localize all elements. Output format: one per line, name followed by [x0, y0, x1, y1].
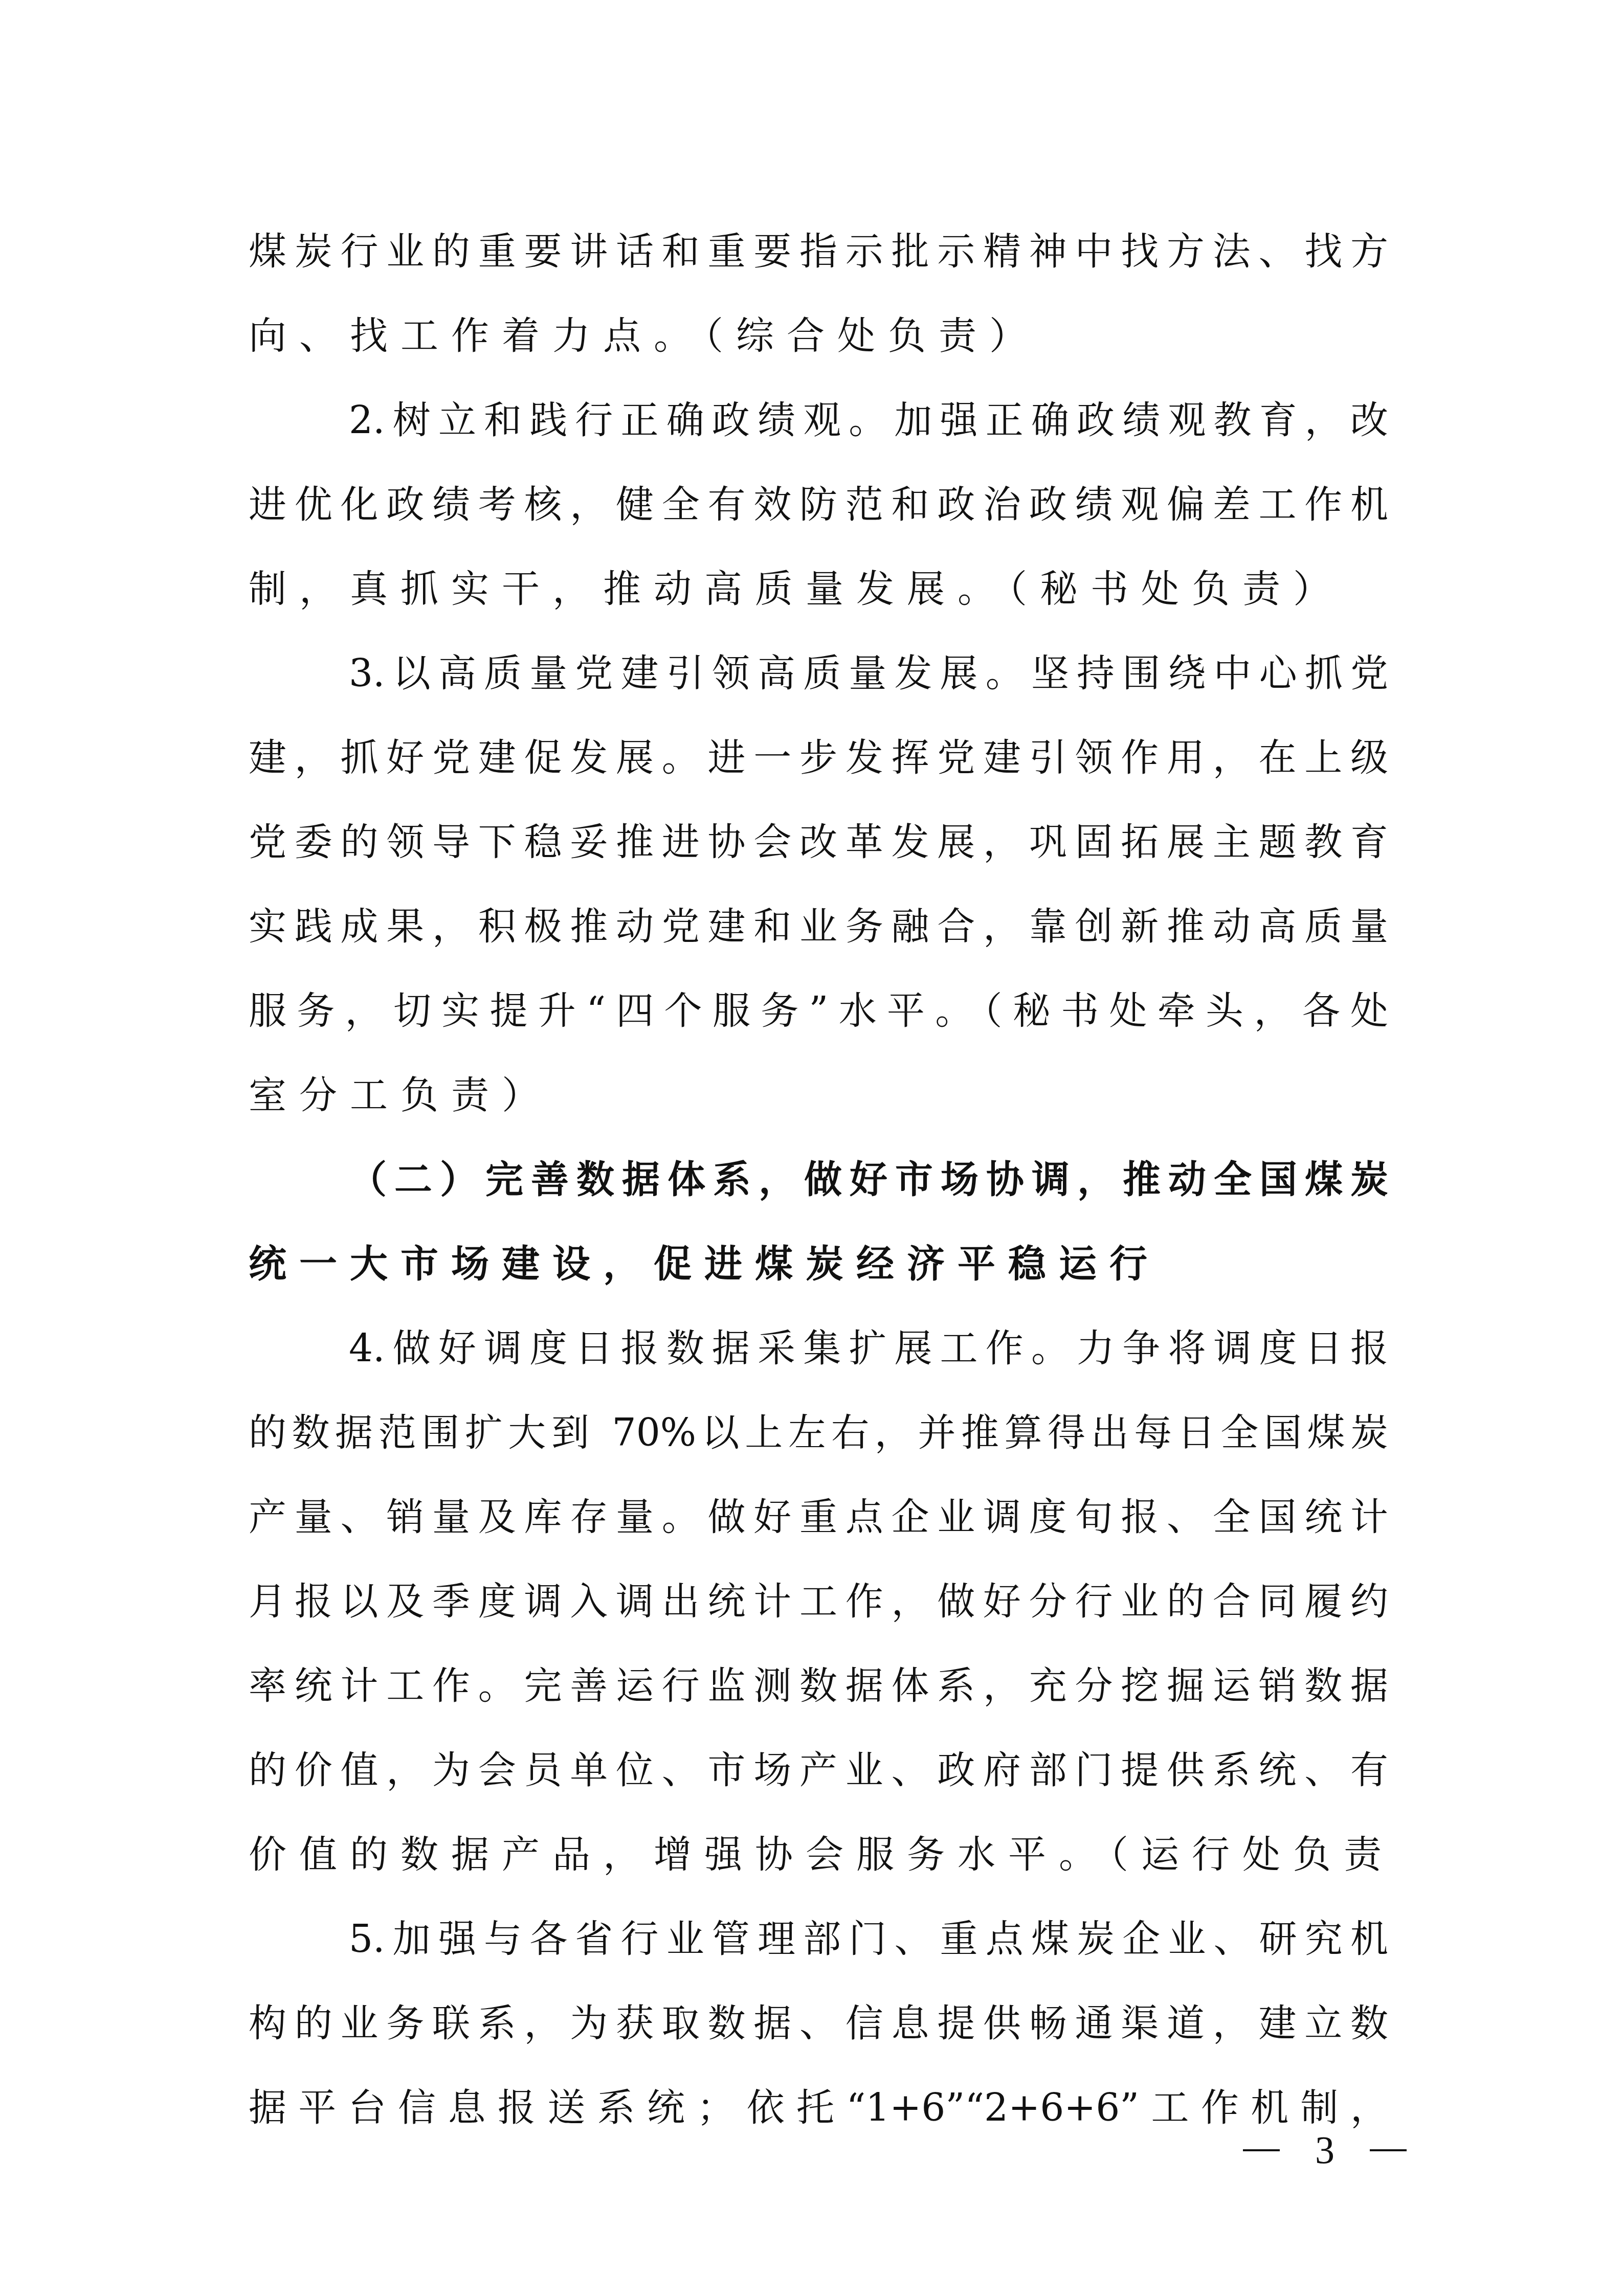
paragraph-line: 2.树立和践行正确政绩观。加强正确政绩观教育，改: [249, 378, 1388, 463]
paragraph-line: 率统计工作。完善运行监测数据体系，充分挖掘运销数据: [249, 1644, 1388, 1728]
paragraph-line: 进优化政绩考核，健全有效防范和政治政绩观偏差工作机: [249, 463, 1388, 547]
paragraph-line: 3.以高质量党建引领高质量发展。坚持围绕中心抓党: [249, 632, 1388, 716]
paragraph-line: 室分工负责）: [249, 1053, 1388, 1138]
paragraph-line: 4.做好调度日报数据采集扩展工作。力争将调度日报: [249, 1307, 1388, 1391]
document-body: 煤炭行业的重要讲话和重要指示批示精神中找方法、找方 向、找工作着力点。（综合处负…: [249, 210, 1388, 2150]
paragraph-line: 的价值，为会员单位、市场产业、政府部门提供系统、有: [249, 1728, 1388, 1813]
paragraph-line: 5.加强与各省行业管理部门、重点煤炭企业、研究机: [249, 1897, 1388, 1982]
paragraph-line: 实践成果，积极推动党建和业务融合，靠创新推动高质量: [249, 885, 1388, 969]
document-page: 煤炭行业的重要讲话和重要指示批示精神中找方法、找方 向、找工作着力点。（综合处负…: [0, 0, 1624, 2296]
paragraph-line: 建，抓好党建促发展。进一步发挥党建引领作用，在上级: [249, 716, 1388, 800]
paragraph-line: 的数据范围扩大到 70%以上左右，并推算得出每日全国煤炭: [249, 1391, 1388, 1475]
dash-right-icon: [1370, 2149, 1407, 2151]
paragraph-line: 产量、销量及库存量。做好重点企业调度旬报、全国统计: [249, 1475, 1388, 1560]
page-number-value: 3: [1315, 2122, 1334, 2178]
paragraph-line: 制，真抓实干，推动高质量发展。（秘书处负责）: [249, 547, 1388, 632]
paragraph-line: 月报以及季度调入调出统计工作，做好分行业的合同履约: [249, 1560, 1388, 1644]
paragraph-line: 构的业务联系，为获取数据、信息提供畅通渠道，建立数: [249, 1982, 1388, 2066]
paragraph-line: 煤炭行业的重要讲话和重要指示批示精神中找方法、找方: [249, 210, 1388, 294]
dash-left-icon: [1243, 2149, 1280, 2151]
paragraph-line: 服务，切实提升“四个服务”水平。（秘书处牵头，各处: [249, 969, 1388, 1053]
paragraph-line: 党委的领导下稳妥推进协会改革发展，巩固拓展主题教育: [249, 800, 1388, 885]
paragraph-line: 价值的数据产品，增强协会服务水平。（运行处负责）: [249, 1813, 1388, 1897]
section-heading-line: （二）完善数据体系，做好市场协调，推动全国煤炭: [249, 1138, 1388, 1222]
paragraph-line: 据平台信息报送系统；依托“1+6”“2+6+6”工作机制，: [249, 2066, 1388, 2150]
paragraph-line: 向、找工作着力点。（综合处负责）: [249, 294, 1388, 378]
section-heading-line: 统一大市场建设，促进煤炭经济平稳运行: [249, 1222, 1388, 1307]
page-number: 3: [1243, 2122, 1407, 2178]
